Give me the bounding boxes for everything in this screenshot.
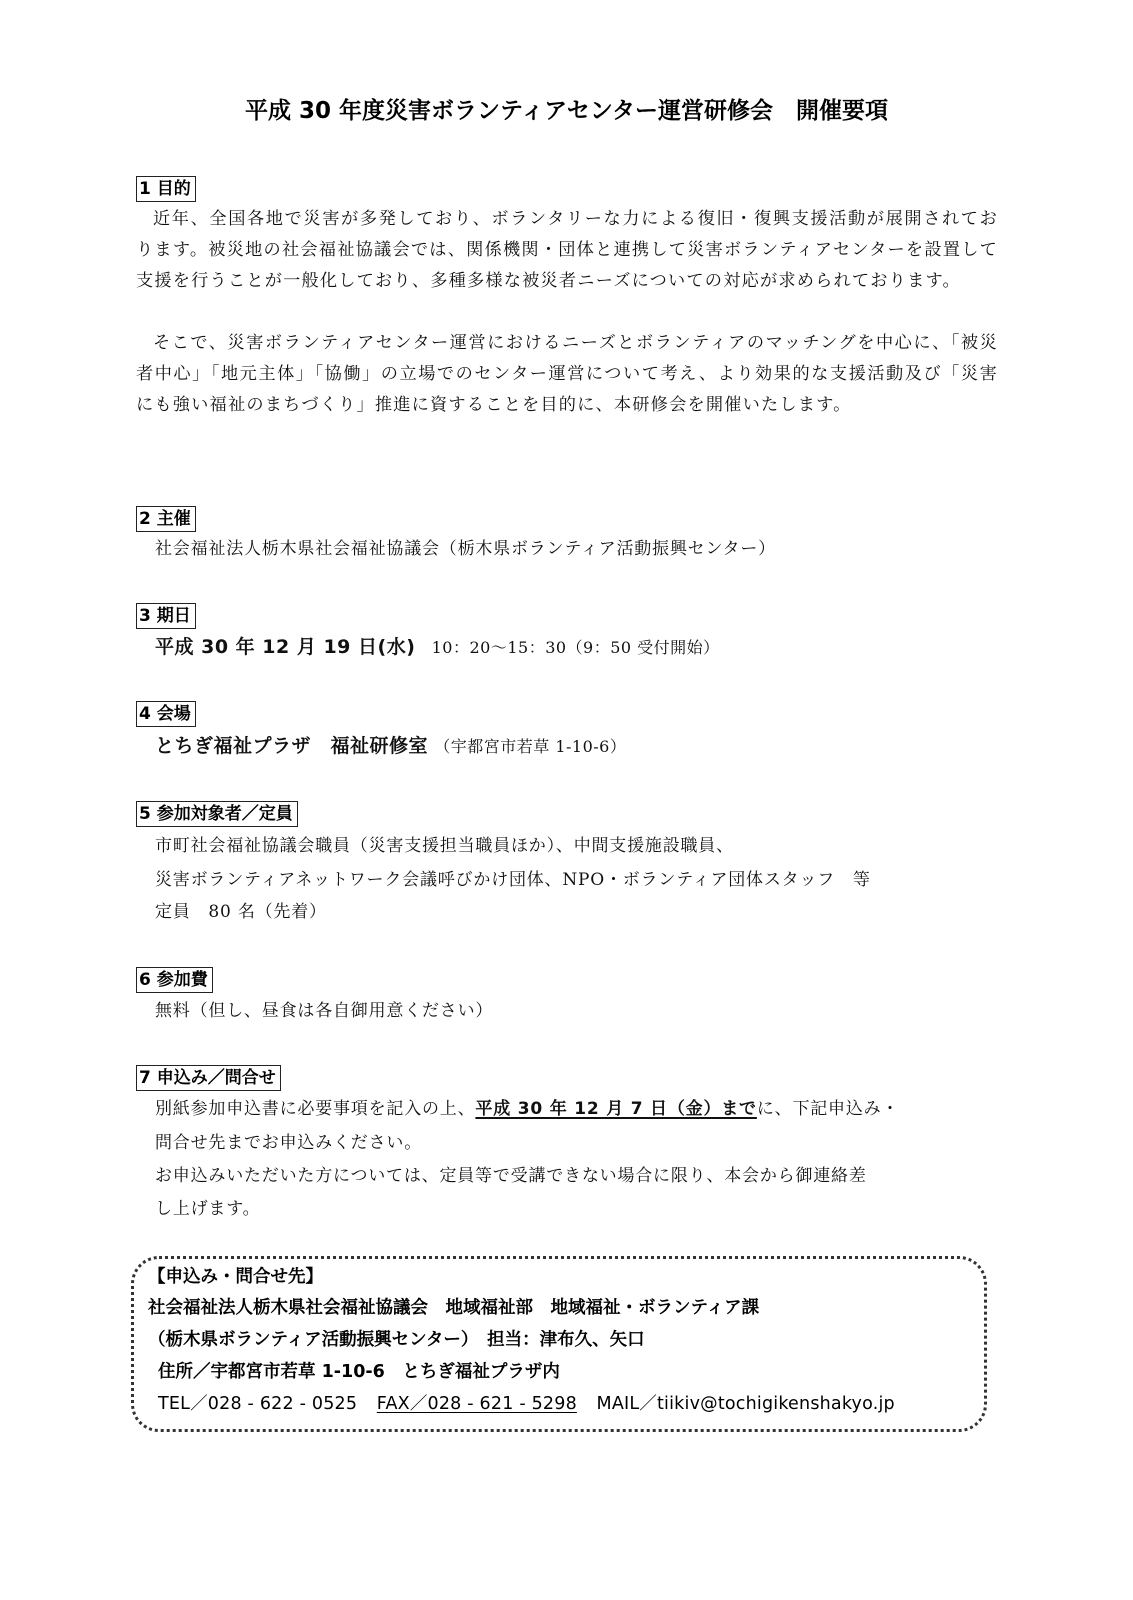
organizer-text: 社会福祉法人栃木県社会福祉協議会（栃木県ボランティア活動振興センター） (155, 536, 776, 562)
contact-address: 住所／宇都宮市若草 1-10-6 とちぎ福祉プラザ内 (158, 1360, 560, 1384)
venue-address: （宇都宮市若草 1-10-6） (434, 737, 626, 756)
application-deadline: 平成 30 年 12 月 7 日（金）まで (475, 1099, 756, 1119)
section-heading-fee: 6 参加費 (136, 967, 213, 993)
contact-center: （栃木県ボランティア活動振興センター） 担当：津布久、矢口 (148, 1328, 645, 1352)
application-line-4: し上げます。 (155, 1196, 260, 1222)
contact-tel: TEL／028 - 622 - 0525 (158, 1394, 357, 1414)
participants-line-2: 災害ボランティアネットワーク会議呼びかけ団体、NPO・ボランティア団体スタッフ … (155, 867, 871, 893)
contact-fax: FAX／028 - 621 - 5298 (377, 1394, 577, 1414)
participants-line-1: 市町社会福祉協議会職員（災害支援担当職員ほか）、中間支援施設職員、 (155, 833, 734, 859)
venue-line: とちぎ福祉プラザ 福祉研修室 （宇都宮市若草 1-10-6） (155, 733, 626, 760)
capacity-line: 定員 80 名（先着） (155, 899, 327, 925)
date-line: 平成 30 年 12 月 19 日(水) 10：20～15：30（9：50 受付… (155, 634, 720, 661)
section-heading-application: 7 申込み／問合せ (136, 1065, 281, 1091)
application-line-1: 別紙参加申込書に必要事項を記入の上、平成 30 年 12 月 7 日（金）までに… (155, 1096, 899, 1122)
section-heading-participants: 5 参加対象者／定員 (136, 801, 298, 827)
purpose-paragraph-1: 近年、全国各地で災害が多発しており、ボランタリーな力による復旧・復興支援活動が展… (136, 204, 998, 297)
contact-numbers: TEL／028 - 622 - 0525 FAX／028 - 621 - 529… (158, 1392, 895, 1416)
document-title: 平成 30 年度災害ボランティアセンター運営研修会 開催要項 (0, 92, 1133, 125)
venue-name: とちぎ福祉プラザ 福祉研修室 (155, 735, 428, 757)
section-heading-purpose: 1 目的 (136, 176, 196, 202)
contact-organization: 社会福祉法人栃木県社会福祉協議会 地域福祉部 地域福祉・ボランティア課 (148, 1296, 759, 1320)
purpose-paragraph-2: そこで、災害ボランティアセンター運営におけるニーズとボランティアのマッチングを中… (136, 328, 998, 421)
application-line-2: 問合せ先までお申込みください。 (155, 1130, 422, 1156)
application-line-1-pre: 別紙参加申込書に必要事項を記入の上、 (155, 1099, 475, 1119)
section-heading-date: 3 期日 (136, 603, 196, 629)
contact-label: 【申込み・問合せ先】 (148, 1265, 323, 1289)
application-line-1-post: に、下記申込み・ (757, 1099, 899, 1119)
section-heading-venue: 4 会場 (136, 701, 196, 727)
event-time: 10：20～15：30（9：50 受付開始） (432, 638, 720, 657)
event-date: 平成 30 年 12 月 19 日(水) (155, 636, 415, 658)
fee-text: 無料（但し、昼食は各自御用意ください） (155, 998, 493, 1024)
contact-mail: MAIL／tiikiv@tochigikenshakyo.jp (597, 1394, 895, 1414)
application-line-3: お申込みいただいた方については、定員等で受講できない場合に限り、本会から御連絡差 (155, 1163, 867, 1189)
section-heading-organizer: 2 主催 (136, 506, 196, 532)
